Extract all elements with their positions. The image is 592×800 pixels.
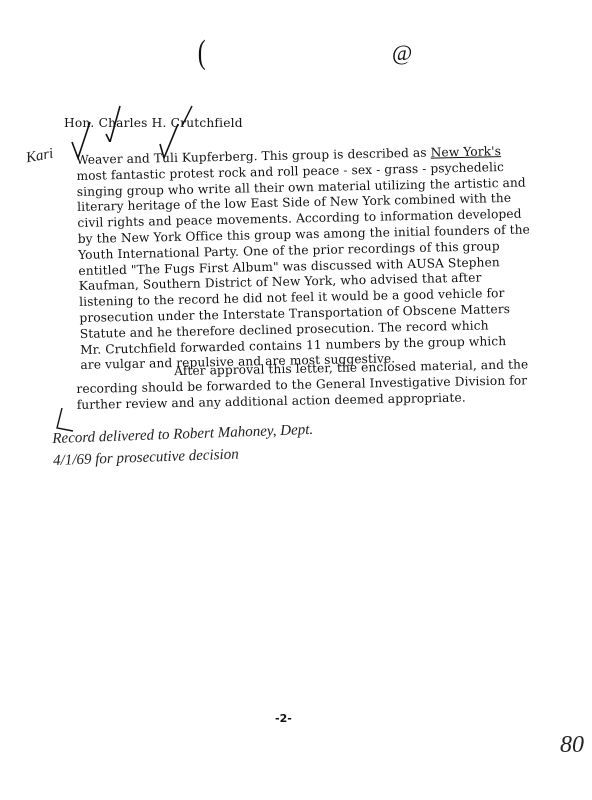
body-paragraph: Weaver and Tuli Kupferberg. This group i…	[76, 143, 551, 374]
page-number: -2-	[275, 712, 292, 725]
handwritten-serial-number: 80	[560, 732, 584, 759]
check-mark-icon	[104, 104, 122, 142]
check-mark-icon	[180, 104, 194, 128]
underlined-text: New York's	[431, 144, 502, 159]
handwritten-corner-mark: @	[392, 40, 412, 66]
handwritten-note: Record delivered to Robert Mahoney, Dept…	[52, 419, 314, 472]
margin-annotation: Kari	[25, 146, 55, 168]
closing-paragraph: After approval this letter, the enclosed…	[76, 357, 547, 413]
handwritten-bracket-mark: (	[198, 34, 206, 72]
